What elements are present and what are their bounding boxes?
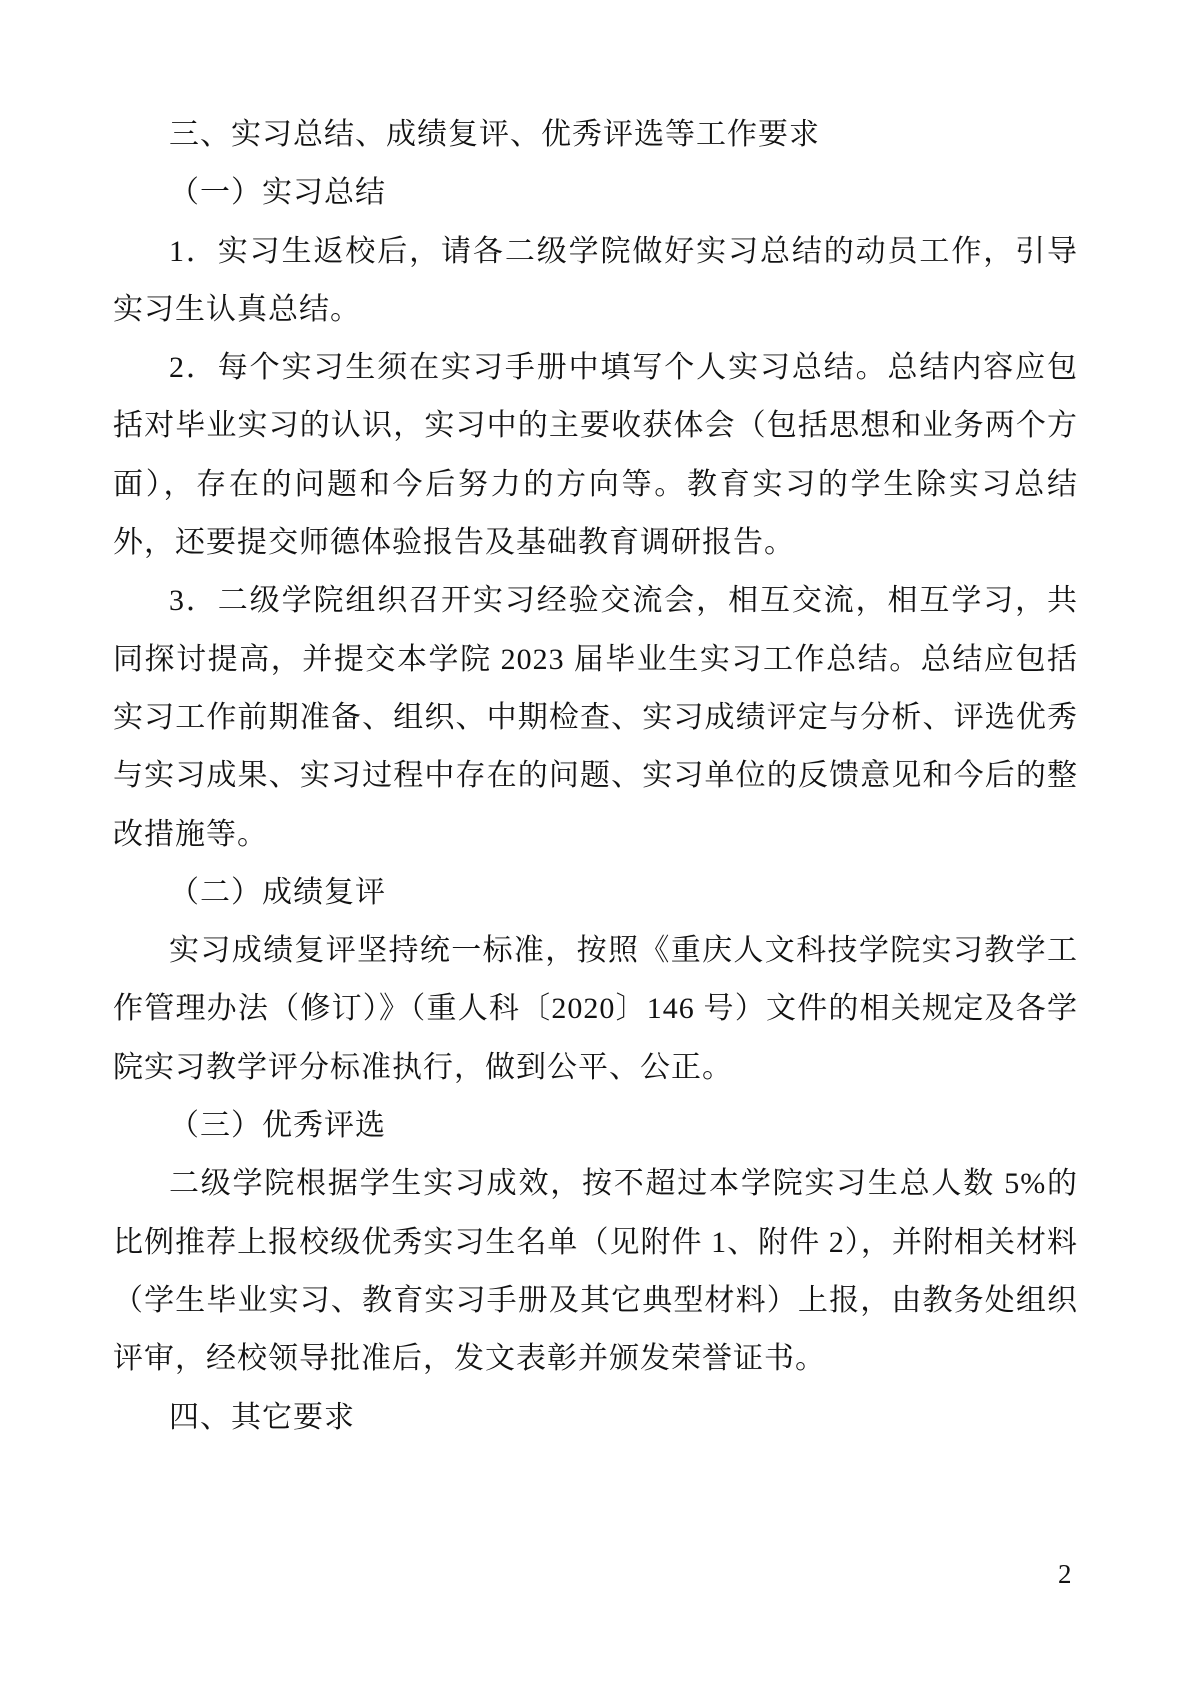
paragraph-item-2: 2．每个实习生须在实习手册中填写个人实习总结。总结内容应包括对毕业实习的认识，实… [113,339,1078,572]
document-text-block: 三、实习总结、成绩复评、优秀评选等工作要求 （一）实习总结 1．实习生返校后，请… [113,106,1078,1447]
sub-heading-internship-summary: （一）实习总结 [113,164,1078,222]
paragraph-excellence-selection-body: 二级学院根据学生实习成效，按不超过本学院实习生总人数 5%的比例推荐上报校级优秀… [113,1155,1078,1388]
paragraph-item-1: 1．实习生返校后，请各二级学院做好实习总结的动员工作，引导实习生认真总结。 [113,223,1078,340]
paragraph-item-3: 3．二级学院组织召开实习经验交流会，相互交流，相互学习，共同探讨提高，并提交本学… [113,572,1078,863]
sub-heading-grade-review: （二）成绩复评 [113,864,1078,922]
sub-heading-excellence-selection: （三）优秀评选 [113,1097,1078,1155]
document-page: 三、实习总结、成绩复评、优秀评选等工作要求 （一）实习总结 1．实习生返校后，请… [0,0,1191,1684]
section-heading-4: 四、其它要求 [113,1389,1078,1447]
paragraph-grade-review-body: 实习成绩复评坚持统一标准，按照《重庆人文科技学院实习教学工作管理办法（修订）》（… [113,922,1078,1097]
page-number: 2 [1058,1556,1072,1592]
section-heading-3: 三、实习总结、成绩复评、优秀评选等工作要求 [113,106,1078,164]
